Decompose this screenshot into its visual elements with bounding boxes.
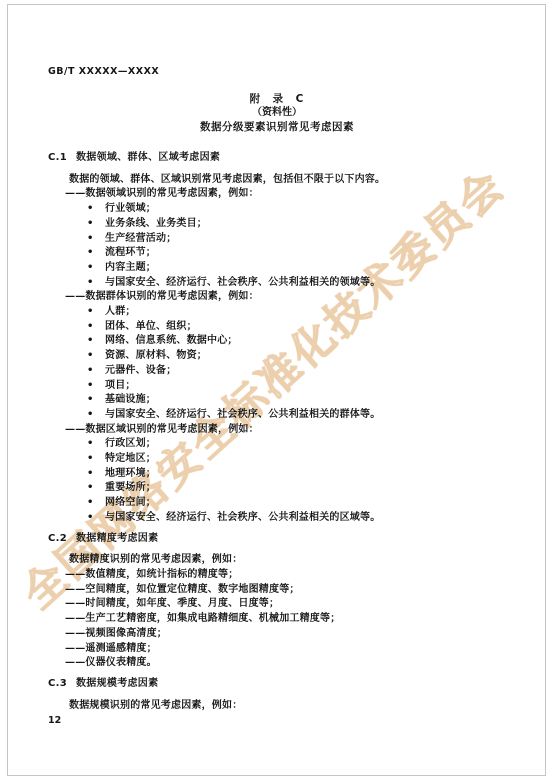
paragraph: 数据的领域、群体、区域识别常见考虑因素，包括但不限于以下内容。 <box>48 173 522 188</box>
dash-list-item: ——数据领域识别的常见考虑因素，例如： <box>48 187 522 202</box>
dash-list-item: ——空间精度，如位置定位精度、数字地图精度等； <box>48 583 522 598</box>
bullet-item-text: 重要场所； <box>105 481 156 496</box>
section-title: 数据领域、群体、区域考虑因素 <box>76 152 220 163</box>
dash-list-item: ——视频图像高清度； <box>48 627 522 642</box>
section-id: C.1 <box>48 152 67 163</box>
appendix-label: 附 录 C <box>0 92 554 106</box>
section-title: 数据规模考虑因素 <box>76 678 158 689</box>
bullet-dot-icon: • <box>87 246 105 261</box>
bullet-item-text: 网络空间； <box>105 496 156 511</box>
bullet-list-item: •网络、信息系统、数据中心； <box>48 334 522 349</box>
paragraph: 数据规模识别的常见考虑因素，例如： <box>48 699 522 714</box>
bullet-list-item: •业务条线、业务类目； <box>48 217 522 232</box>
bullet-list-item: •元器件、设备； <box>48 364 522 379</box>
bullet-item-text: 项目； <box>105 379 136 394</box>
dash-list-item: ——数据区域识别的常见考虑因素，例如： <box>48 423 522 438</box>
bullet-dot-icon: • <box>87 202 105 217</box>
bullet-dot-icon: • <box>87 452 105 467</box>
bullet-item-text: 网络、信息系统、数据中心； <box>105 334 238 349</box>
standard-code-header: GB/T XXXXX—XXXX <box>48 66 159 77</box>
bullet-list-item: •网络空间； <box>48 496 522 511</box>
bullet-dot-icon: • <box>87 408 105 423</box>
section-heading: C.3数据规模考虑因素 <box>48 677 522 692</box>
section-c-1: C.1数据领域、群体、区域考虑因素数据的领域、群体、区域识别常见考虑因素，包括但… <box>48 151 522 526</box>
bullet-dot-icon: • <box>87 437 105 452</box>
bullet-item-text: 资源、原材料、物资； <box>105 349 207 364</box>
bullet-item-text: 与国家安全、经济运行、社会秩序、公共利益相关的群体等。 <box>105 408 380 423</box>
bullet-dot-icon: • <box>87 320 105 335</box>
bullet-item-text: 地理环境； <box>105 467 156 482</box>
bullet-list-item: •资源、原材料、物资； <box>48 349 522 364</box>
bullet-list-item: •与国家安全、经济运行、社会秩序、公共利益相关的领域等。 <box>48 276 522 291</box>
dash-list-item: ——数据群体识别的常见考虑因素，例如： <box>48 290 522 305</box>
appendix-title: 数据分级要素识别常见考虑因素 <box>0 120 554 134</box>
bullet-list-item: •地理环境； <box>48 467 522 482</box>
paragraph: 数据精度识别的常见考虑因素，例如： <box>48 553 522 568</box>
bullet-item-text: 生产经营活动； <box>105 232 176 247</box>
section-id: C.3 <box>48 678 67 689</box>
bullet-list-item: •与国家安全、经济运行、社会秩序、公共利益相关的群体等。 <box>48 408 522 423</box>
section-heading: C.1数据领域、群体、区域考虑因素 <box>48 151 522 166</box>
dash-list-item: ——遥测遥感精度； <box>48 642 522 657</box>
bullet-item-text: 基础设施； <box>105 393 156 408</box>
bullet-list-item: •基础设施； <box>48 393 522 408</box>
bullet-dot-icon: • <box>87 261 105 276</box>
section-c-2: C.2数据精度考虑因素数据精度识别的常见考虑因素，例如：——数值精度，如统计指标… <box>48 532 522 671</box>
page-number: 12 <box>48 715 61 726</box>
dash-list-item: ——仪器仪表精度。 <box>48 656 522 671</box>
bullet-dot-icon: • <box>87 232 105 247</box>
bullet-item-text: 内容主题； <box>105 261 156 276</box>
bullet-item-text: 特定地区； <box>105 452 156 467</box>
bullet-dot-icon: • <box>87 217 105 232</box>
bullet-dot-icon: • <box>87 496 105 511</box>
bullet-list-item: •与国家安全、经济运行、社会秩序、公共利益相关的区域等。 <box>48 511 522 526</box>
bullet-dot-icon: • <box>87 364 105 379</box>
document-body: C.1数据领域、群体、区域考虑因素数据的领域、群体、区域识别常见考虑因素，包括但… <box>48 151 522 713</box>
bullet-list-item: •行政区划； <box>48 437 522 452</box>
bullet-item-text: 人群； <box>105 305 136 320</box>
appendix-classification: （资料性） <box>0 106 554 120</box>
bullet-list-item: •特定地区； <box>48 452 522 467</box>
bullet-item-text: 元器件、设备； <box>105 364 176 379</box>
bullet-item-text: 与国家安全、经济运行、社会秩序、公共利益相关的领域等。 <box>105 276 380 291</box>
section-id: C.2 <box>48 533 67 544</box>
bullet-dot-icon: • <box>87 349 105 364</box>
bullet-list-item: •人群； <box>48 305 522 320</box>
dash-list-item: ——时间精度，如年度、季度、月度、日度等； <box>48 597 522 612</box>
section-heading: C.2数据精度考虑因素 <box>48 532 522 547</box>
section-c-3: C.3数据规模考虑因素数据规模识别的常见考虑因素，例如： <box>48 677 522 713</box>
bullet-list: •人群；•团体、单位、组织；•网络、信息系统、数据中心；•资源、原材料、物资；•… <box>48 305 522 423</box>
bullet-list: •行政区划；•特定地区；•地理环境；•重要场所；•网络空间；•与国家安全、经济运… <box>48 437 522 525</box>
bullet-dot-icon: • <box>87 467 105 482</box>
bullet-list: •行业领域；•业务条线、业务类目；•生产经营活动；•流程环节；•内容主题；•与国… <box>48 202 522 290</box>
bullet-list-item: •内容主题； <box>48 261 522 276</box>
bullet-item-text: 业务条线、业务类目； <box>105 217 207 232</box>
dash-list-item: ——数值精度，如统计指标的精度等； <box>48 568 522 583</box>
bullet-list-item: •项目； <box>48 379 522 394</box>
section-title: 数据精度考虑因素 <box>76 533 158 544</box>
bullet-list-item: •团体、单位、组织； <box>48 320 522 335</box>
bullet-item-text: 行业领域； <box>105 202 156 217</box>
bullet-dot-icon: • <box>87 305 105 320</box>
bullet-item-text: 与国家安全、经济运行、社会秩序、公共利益相关的区域等。 <box>105 511 380 526</box>
bullet-list-item: •重要场所； <box>48 481 522 496</box>
bullet-dot-icon: • <box>87 276 105 291</box>
bullet-dot-icon: • <box>87 481 105 496</box>
appendix-title-block: 附 录 C （资料性） 数据分级要素识别常见考虑因素 <box>0 92 554 134</box>
bullet-item-text: 团体、单位、组织； <box>105 320 197 335</box>
bullet-list-item: •生产经营活动； <box>48 232 522 247</box>
bullet-list-item: •流程环节； <box>48 246 522 261</box>
bullet-dot-icon: • <box>87 334 105 349</box>
bullet-item-text: 流程环节； <box>105 246 156 261</box>
bullet-item-text: 行政区划； <box>105 437 156 452</box>
bullet-dot-icon: • <box>87 393 105 408</box>
bullet-dot-icon: • <box>87 379 105 394</box>
bullet-list-item: •行业领域； <box>48 202 522 217</box>
bullet-dot-icon: • <box>87 511 105 526</box>
dash-list-item: ——生产工艺精密度，如集成电路精细度、机械加工精度等； <box>48 612 522 627</box>
